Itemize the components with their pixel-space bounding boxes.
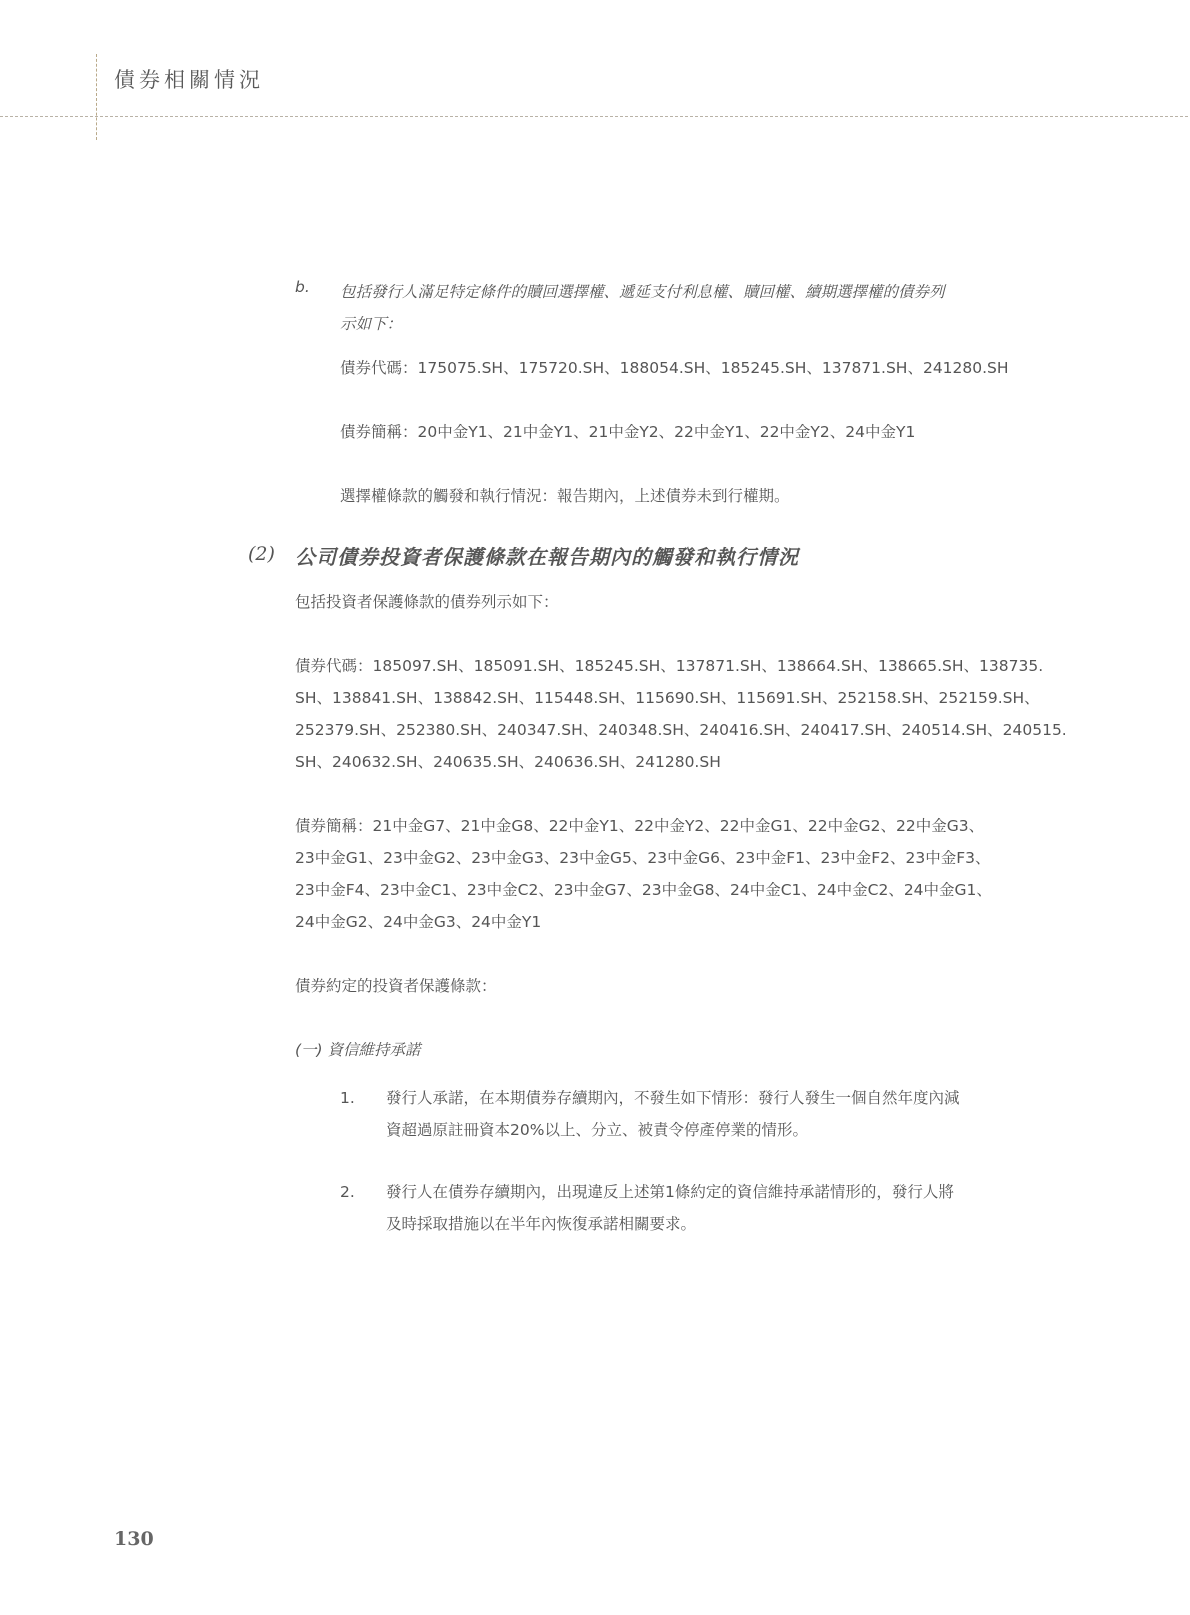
clause-2-text: 發行人在債券存續期內，出現違反上述第1條約定的資信維持承諾情形的，發行人將 及時… (386, 1176, 954, 1240)
bond-short-names-line: 24中金G2、24中金G3、24中金Y1 (295, 906, 992, 938)
clause-1-number: 1. (340, 1082, 355, 1114)
section-2-title: 公司債券投資者保護條款在報告期內的觸發和執行情況 (295, 541, 799, 570)
bond-short-names-line: 23中金F4、23中金C1、23中金C2、23中金G7、23中金G8、24中金C… (295, 874, 992, 906)
bond-codes-line: SH、240632.SH、240635.SH、240636.SH、241280.… (295, 746, 1067, 778)
clause-1-text: 發行人承諾，在本期債券存續期內，不發生如下情形：發行人發生一個自然年度內減 資超… (386, 1082, 960, 1146)
page-number: 130 (114, 1528, 154, 1550)
section-2-intro: 包括投資者保護條款的債券列示如下： (295, 586, 559, 618)
bond-codes-line: SH、138841.SH、138842.SH、115448.SH、115690.… (295, 682, 1067, 714)
item-b-marker: b. (295, 278, 310, 296)
item-b-option-status: 選擇權條款的觸發和執行情況：報告期內，上述債券未到行權期。 (340, 480, 790, 512)
bond-codes-line: 債券代碼：185097.SH、185091.SH、185245.SH、13787… (295, 650, 1067, 682)
header-horizontal-dashed-line (0, 116, 1188, 117)
item-b-intro-line-2: 示如下： (340, 308, 1110, 340)
bond-short-names-line: 23中金G1、23中金G2、23中金G3、23中金G5、23中金G6、23中金F… (295, 842, 992, 874)
bond-short-names-line: 債券簡稱：21中金G7、21中金G8、22中金Y1、22中金Y2、22中金G1、… (295, 810, 992, 842)
header-vertical-dashed-line (96, 54, 97, 140)
clause-line: 及時採取措施以在半年內恢復承諾相關要求。 (386, 1208, 954, 1240)
clause-line: 資超過原註冊資本20%以上、分立、被責令停產停業的情形。 (386, 1114, 960, 1146)
item-b-bond-codes: 債券代碼：175075.SH、175720.SH、188054.SH、18524… (340, 352, 1009, 384)
clause-2-number: 2. (340, 1176, 355, 1208)
item-b-bond-short-names: 債券簡稱：20中金Y1、21中金Y1、21中金Y2、22中金Y1、22中金Y2、… (340, 416, 915, 448)
subsection-title: (一) 資信維持承諾 (295, 1034, 421, 1066)
section-2-bond-short-names: 債券簡稱：21中金G7、21中金G8、22中金Y1、22中金Y2、22中金G1、… (295, 810, 992, 938)
bond-codes-line: 252379.SH、252380.SH、240347.SH、240348.SH、… (295, 714, 1067, 746)
clause-line: 發行人在債券存續期內，出現違反上述第1條約定的資信維持承諾情形的，發行人將 (386, 1176, 954, 1208)
section-2-number: (2) (248, 543, 275, 565)
item-b-intro: 包括發行人滿足特定條件的贖回選擇權、遞延支付利息權、贖回權、續期選擇權的債券列 … (340, 276, 1110, 340)
protection-clause-label: 債券約定的投資者保護條款： (295, 970, 497, 1002)
section-2-bond-codes: 債券代碼：185097.SH、185091.SH、185245.SH、13787… (295, 650, 1067, 778)
clause-line: 發行人承諾，在本期債券存續期內，不發生如下情形：發行人發生一個自然年度內減 (386, 1082, 960, 1114)
item-b-intro-line-1: 包括發行人滿足特定條件的贖回選擇權、遞延支付利息權、贖回權、續期選擇權的債券列 (340, 276, 1110, 308)
section-header-title: 債券相關情況 (114, 64, 264, 94)
